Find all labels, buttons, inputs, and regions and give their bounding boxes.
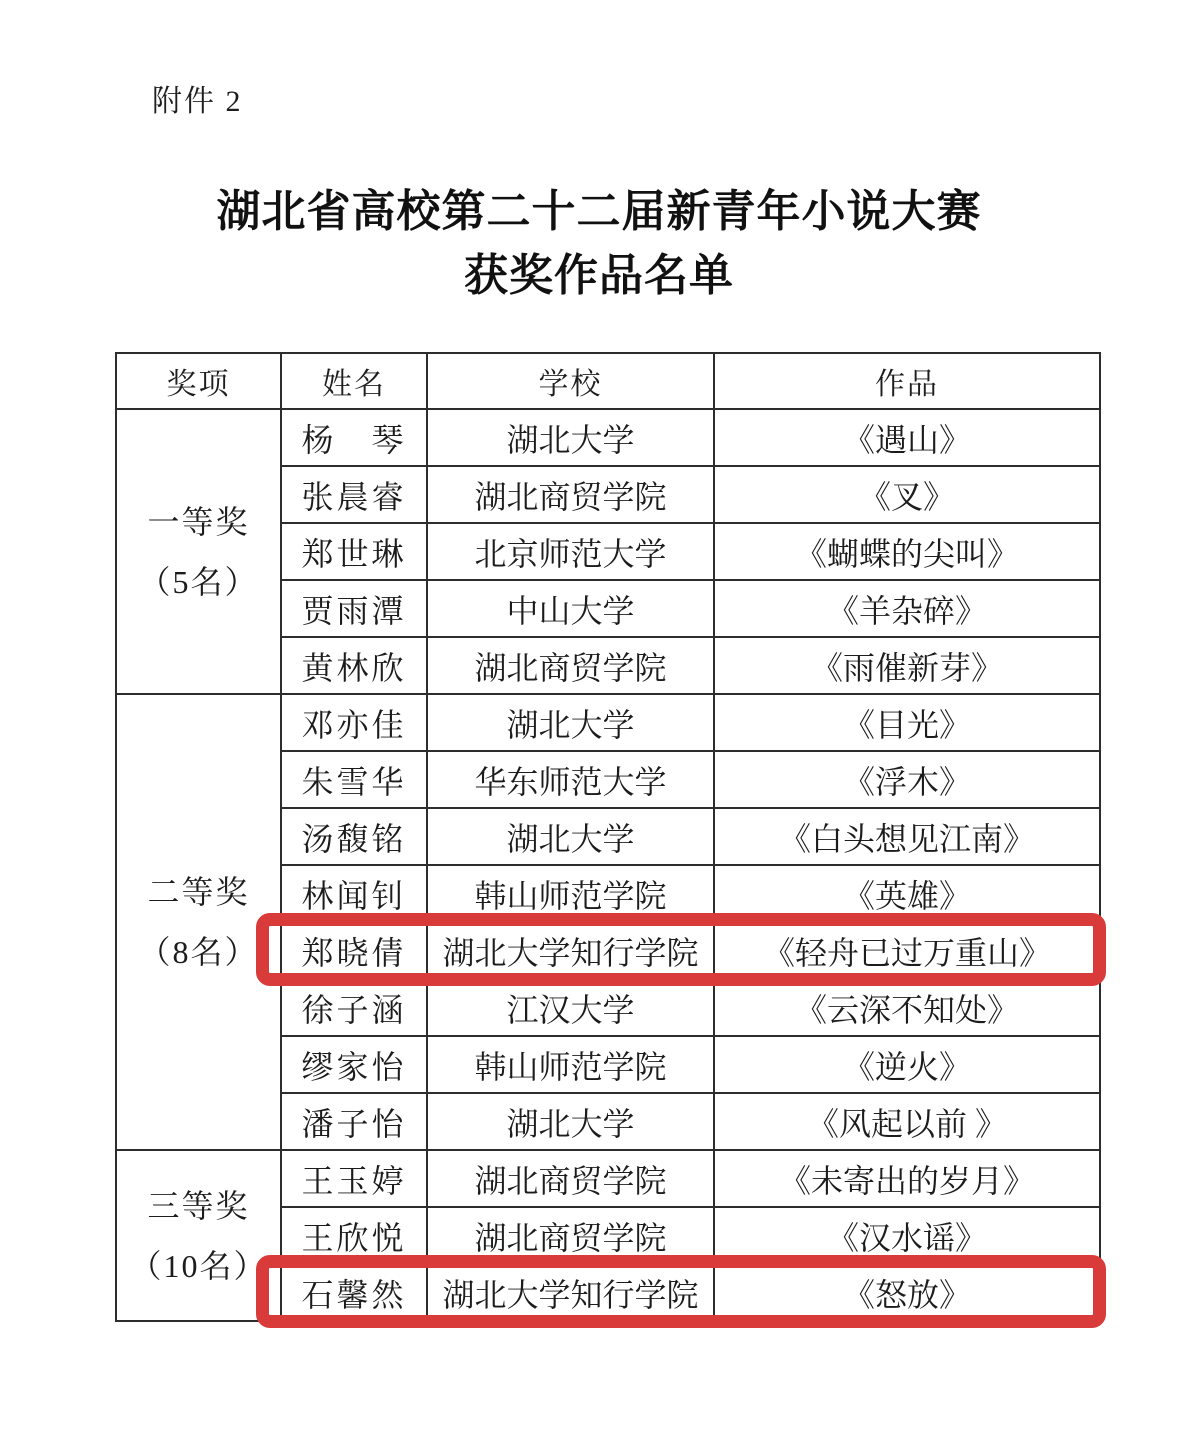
work-cell: 《英雄》: [714, 865, 1100, 922]
work-cell: 《羊杂碎》: [714, 580, 1100, 637]
name-cell: 黄林欣: [281, 637, 427, 694]
name-cell: 郑晓倩: [281, 922, 427, 979]
name-cell: 贾雨潭: [281, 580, 427, 637]
work-cell: 《汉水谣》: [714, 1207, 1100, 1264]
school-cell: 湖北商贸学院: [427, 466, 714, 523]
name-cell: 石馨然: [281, 1264, 427, 1321]
name-cell: 王欣悦: [281, 1207, 427, 1264]
column-header-school: 学校: [427, 353, 714, 409]
awards-table: 奖项 姓名 学校 作品 一等奖 （5名） 杨 琴 湖北大学 《遇山》 张晨睿 湖…: [115, 352, 1101, 1322]
name-cell: 王玉婷: [281, 1150, 427, 1207]
award-count: （5名）: [117, 552, 280, 612]
school-cell: 湖北大学: [427, 409, 714, 466]
award-count: （8名）: [117, 922, 280, 982]
award-group-third-prize: 三等奖 （10名）: [116, 1150, 281, 1321]
name-cell: 汤馥铭: [281, 808, 427, 865]
table-header: 奖项 姓名 学校 作品: [116, 353, 1100, 409]
document-title-line1: 湖北省高校第二十二届新青年小说大赛: [0, 180, 1198, 244]
attachment-label: 附件 2: [152, 76, 243, 120]
column-header-name: 姓名: [281, 353, 427, 409]
table-row: 二等奖 （8名） 邓亦佳 湖北大学 《目光》: [116, 694, 1100, 751]
school-cell: 湖北商贸学院: [427, 1150, 714, 1207]
work-cell: 《目光》: [714, 694, 1100, 751]
school-cell: 湖北大学: [427, 694, 714, 751]
document-title: 湖北省高校第二十二届新青年小说大赛 获奖作品名单: [0, 180, 1198, 308]
work-cell: 《遇山》: [714, 409, 1100, 466]
school-cell: 湖北商贸学院: [427, 1207, 714, 1264]
work-cell: 《未寄出的岁月》: [714, 1150, 1100, 1207]
award-count: （10名）: [117, 1236, 280, 1296]
award-label: 一等奖: [117, 492, 280, 552]
name-cell: 缪家怡: [281, 1036, 427, 1093]
table-body: 一等奖 （5名） 杨 琴 湖北大学 《遇山》 张晨睿 湖北商贸学院 《叉》 郑世…: [116, 409, 1100, 1321]
school-cell: 中山大学: [427, 580, 714, 637]
school-cell: 韩山师范学院: [427, 865, 714, 922]
work-cell: 《蝴蝶的尖叫》: [714, 523, 1100, 580]
award-label: 二等奖: [117, 862, 280, 922]
document-page: 附件 2 湖北省高校第二十二届新青年小说大赛 获奖作品名单 奖项 姓名 学校 作…: [0, 0, 1198, 1452]
table-row: 一等奖 （5名） 杨 琴 湖北大学 《遇山》: [116, 409, 1100, 466]
work-cell: 《浮木》: [714, 751, 1100, 808]
work-cell: 《怒放》: [714, 1264, 1100, 1321]
school-cell: 北京师范大学: [427, 523, 714, 580]
name-cell: 张晨睿: [281, 466, 427, 523]
work-cell: 《叉》: [714, 466, 1100, 523]
name-cell: 朱雪华: [281, 751, 427, 808]
work-cell: 《雨催新芽》: [714, 637, 1100, 694]
column-header-award: 奖项: [116, 353, 281, 409]
work-cell: 《轻舟已过万重山》: [714, 922, 1100, 979]
school-cell: 湖北大学知行学院: [427, 922, 714, 979]
table-row: 三等奖 （10名） 王玉婷 湖北商贸学院 《未寄出的岁月》: [116, 1150, 1100, 1207]
name-cell: 杨 琴: [281, 409, 427, 466]
document-title-line2: 获奖作品名单: [0, 244, 1198, 308]
name-cell: 郑世琳: [281, 523, 427, 580]
work-cell: 《白头想见江南》: [714, 808, 1100, 865]
header-row: 奖项 姓名 学校 作品: [116, 353, 1100, 409]
school-cell: 湖北商贸学院: [427, 637, 714, 694]
work-cell: 《逆火》: [714, 1036, 1100, 1093]
award-group-second-prize: 二等奖 （8名）: [116, 694, 281, 1150]
column-header-work: 作品: [714, 353, 1100, 409]
name-cell: 潘子怡: [281, 1093, 427, 1150]
school-cell: 江汉大学: [427, 979, 714, 1036]
work-cell: 《云深不知处》: [714, 979, 1100, 1036]
school-cell: 湖北大学: [427, 808, 714, 865]
school-cell: 华东师范大学: [427, 751, 714, 808]
school-cell: 韩山师范学院: [427, 1036, 714, 1093]
work-cell: 《风起以前 》: [714, 1093, 1100, 1150]
name-cell: 邓亦佳: [281, 694, 427, 751]
school-cell: 湖北大学: [427, 1093, 714, 1150]
award-group-first-prize: 一等奖 （5名）: [116, 409, 281, 694]
name-cell: 徐子涵: [281, 979, 427, 1036]
school-cell: 湖北大学知行学院: [427, 1264, 714, 1321]
award-label: 三等奖: [117, 1176, 280, 1236]
name-cell: 林闻钊: [281, 865, 427, 922]
